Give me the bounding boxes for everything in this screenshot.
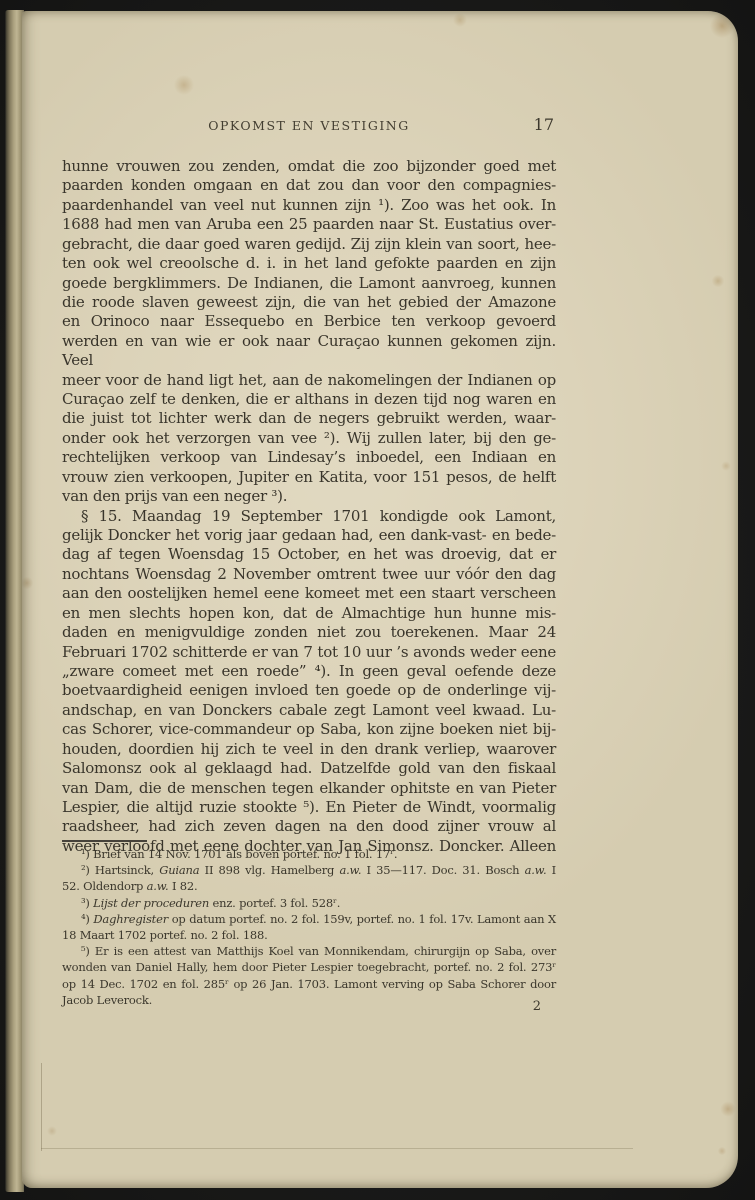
text-line: 18 Maart 1702 portef. no. 2 fol. 188.: [62, 927, 556, 943]
header-title: OPKOMST EN VESTIGING: [62, 118, 556, 133]
text-line: onder ook het verzorgen van vee ²). Wij …: [62, 429, 556, 448]
text-line: 1688 had men van Aruba een 25 paarden na…: [62, 215, 556, 234]
text-line: goede bergklimmers. De Indianen, die Lam…: [62, 274, 556, 293]
text-line: ²) Hartsinck, Guiana II 898 vlg. Hamelbe…: [62, 862, 556, 878]
text-line: hunne vrouwen zou zenden, omdat die zoo …: [62, 157, 556, 176]
text-line: dag af tegen Woensdag 15 October, en het…: [62, 545, 556, 564]
header-page-number: 17: [534, 115, 554, 134]
book-page: OPKOMST EN VESTIGING 17 hunne vrouwen zo…: [22, 11, 738, 1188]
text-line: daden en menigvuldige zonden niet zou to…: [62, 623, 556, 642]
text-line: gelijk Doncker het vorig jaar gedaan had…: [62, 526, 556, 545]
sheet-number: 2: [62, 999, 556, 1014]
text-line: werden en van wie er ook naar Curaçao ku…: [62, 332, 556, 371]
text-line: paardenhandel van veel nut kunnen zijn ¹…: [62, 196, 556, 215]
text-line: cas Schorer, vice-commandeur op Saba, ko…: [62, 720, 556, 739]
text-line: ⁵) Er is een attest van Matthijs Koel va…: [62, 943, 556, 959]
text-line: andschap, en van Donckers cabale zegt La…: [62, 701, 556, 720]
crease-horizontal: [41, 1148, 633, 1149]
text-line: Lespier, die altijd ruzie stookte ⁵). En…: [62, 798, 556, 817]
text-line: rechtelijken verkoop van Lindesay’s inbo…: [62, 448, 556, 467]
text-line: ten ook wel creoolsche d. i. in het land…: [62, 254, 556, 273]
text-line: nochtans Woensdag 2 November omtrent twe…: [62, 565, 556, 584]
text-line: „zware comeet met een roede” ⁴). In geen…: [62, 662, 556, 681]
text-line: van den prijs van een neger ³).: [62, 487, 556, 506]
text-line: vrouw zien verkoopen, Jupiter en Katita,…: [62, 468, 556, 487]
text-line: paarden konden omgaan en dat zou dan voo…: [62, 176, 556, 195]
text-line: raadsheer, had zich zeven dagen na den d…: [62, 817, 556, 836]
text-line: gebracht, die daar goed waren gedijd. Zi…: [62, 235, 556, 254]
text-line: boetvaardigheid eenigen invloed ten goed…: [62, 681, 556, 700]
text-line: Salomonsz ook al geklaagd had. Datzelfde…: [62, 759, 556, 778]
text-line: van Dam, die de menschen tegen elkander …: [62, 779, 556, 798]
text-line: § 15. Maandag 19 September 1701 kondigde…: [62, 507, 556, 526]
footnote-separator: [62, 840, 147, 842]
text-line: Curaçao zelf te denken, die er althans i…: [62, 390, 556, 409]
text-line: wonden van Daniel Hally, hem door Pieter…: [62, 959, 556, 975]
text-line: aan den oostelijken hemel eene komeet me…: [62, 584, 556, 603]
text-line: ³) Lijst der proceduren enz. portef. 3 f…: [62, 895, 556, 911]
text-line: ⁴) Daghregister op datum portef. no. 2 f…: [62, 911, 556, 927]
running-header: OPKOMST EN VESTIGING 17: [62, 118, 556, 138]
text-line: op 14 Dec. 1702 en fol. 285ʳ op 26 Jan. …: [62, 976, 556, 992]
text-line: 52. Oldendorp a.w. I 82.: [62, 878, 556, 894]
text-line: en men slechts hopen kon, dat de Almacht…: [62, 604, 556, 623]
footnotes: ¹) Brief van 14 Nov. 1701 als boven port…: [62, 846, 556, 1008]
book-scan: OPKOMST EN VESTIGING 17 hunne vrouwen zo…: [0, 0, 755, 1200]
body-text: hunne vrouwen zou zenden, omdat die zoo …: [62, 157, 556, 856]
text-line: Februari 1702 schitterde er van 7 tot 10…: [62, 643, 556, 662]
text-line: en Orinoco naar Essequebo en Berbice ten…: [62, 312, 556, 331]
text-line: houden, doordien hij zich te veel in den…: [62, 740, 556, 759]
text-line: die juist tot lichter werk dan de negers…: [62, 409, 556, 428]
text-line: ¹) Brief van 14 Nov. 1701 als boven port…: [62, 846, 556, 862]
crease-vertical: [41, 1063, 42, 1151]
text-line: meer voor de hand ligt het, aan de nakom…: [62, 371, 556, 390]
text-line: die roode slaven geweest zijn, die van h…: [62, 293, 556, 312]
